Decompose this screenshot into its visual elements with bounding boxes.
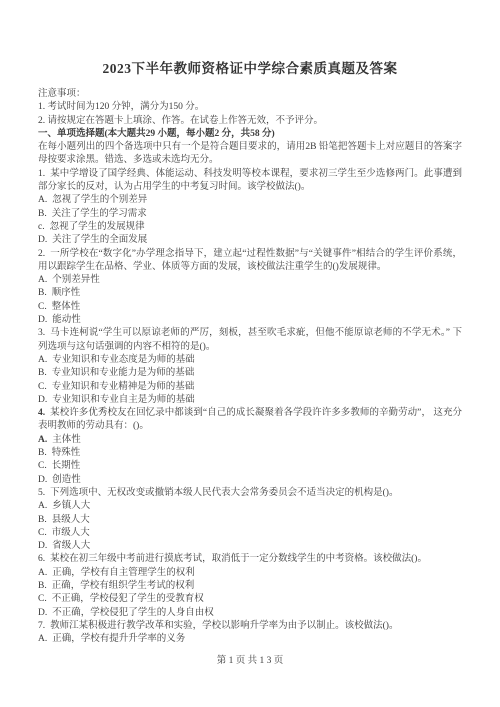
question-3-number: 3. — [38, 328, 45, 338]
option-text: 正确，学校有组织学生考试的权利 — [52, 581, 195, 591]
question-7-option-a: A.正确，学校有提升升学率的义务 — [38, 633, 462, 646]
question-6-text: 某校在初三年级中考前进行摸底考试，取消低于一定分数线学生的中考资格。该校做法()… — [50, 554, 427, 564]
option-letter: C. — [38, 461, 47, 471]
option-letter: D. — [38, 395, 47, 405]
option-text: 整体性 — [52, 302, 81, 312]
question-1-option-c: c.忽视了学生的发展规律 — [38, 221, 462, 234]
option-text: 主体性 — [52, 435, 81, 445]
option-letter: B. — [38, 581, 47, 591]
option-text: 个别差异性 — [52, 275, 100, 285]
option-letter: A. — [38, 435, 47, 445]
option-text: 忽视了学生的发展规律 — [50, 222, 145, 232]
question-2-stem: 2.一所学校在“数字化”办学理念指导下，建立起“过程性数据”与“关键事件”相结合… — [38, 248, 462, 275]
question-6-stem: 6.某校在初三年级中考前进行摸底考试，取消低于一定分数线学生的中考资格。该校做法… — [38, 553, 462, 566]
notice-item-1: 1. 考试时间为120 分钟，满分为150 分。 — [38, 101, 462, 114]
option-letter: C. — [38, 528, 47, 538]
question-1-option-d: D.关注了学生的全面发展 — [38, 234, 462, 247]
option-letter: B. — [38, 515, 47, 525]
option-text: 专业知识和专业态度是为师的基础 — [52, 355, 195, 365]
notice-item-2: 2. 请按规定在答题卡上填涂、作答。在试卷上作答无效，不予评分。 — [38, 115, 462, 128]
page-title: 2023下半年教师资格证中学综合素质真题及答案 — [0, 57, 500, 77]
question-5-option-c: C.市级人大 — [38, 527, 462, 540]
section-title: 一、单项选择题(本大题共29 小题，每小题2 分，共58 分) — [38, 128, 462, 141]
option-text: 市级人大 — [52, 528, 90, 538]
question-4-stem: 4.某校许多优秀校友在回忆录中都谈到“自己的成长凝聚着各学段许许多多教师的辛勤劳… — [38, 407, 462, 434]
question-6-option-c: C.不正确，学校侵犯了学生的受教育权 — [38, 593, 462, 606]
option-letter: A. — [38, 195, 47, 205]
option-text: 关注了学生的学习需求 — [52, 209, 147, 219]
question-3-stem: 3.马卡连柯说“学生可以原谅老师的严厉，刻板，甚至吹毛求疵，但他不能原谅老师的不… — [38, 327, 462, 354]
option-text: 长期性 — [52, 461, 81, 471]
option-text: 不正确，学校侵犯了学生的人身自由权 — [52, 608, 214, 618]
question-2-option-b: B.顺序性 — [38, 287, 462, 300]
section-description: 在每小题列出的四个备选项中只有一个是符合题目要求的，请用2B 铅笔把答题卡上对应… — [38, 141, 462, 168]
option-letter: D. — [38, 315, 47, 325]
option-text: 专业知识和专业能力是为师的基础 — [52, 368, 195, 378]
option-letter: B. — [38, 288, 47, 298]
option-text: 正确，学校有自主管理学生的权利 — [52, 568, 195, 578]
question-2-number: 2. — [38, 249, 45, 259]
question-1-option-b: B.关注了学生的学习需求 — [38, 208, 462, 221]
question-3-option-a: A.专业知识和专业态度是为师的基础 — [38, 354, 462, 367]
question-3-text: 马卡连柯说“学生可以原谅老师的严厉，刻板，甚至吹毛求疵，但他不能原谅老师的不学无… — [38, 328, 462, 351]
question-4-text: 某校许多优秀校友在回忆录中都谈到“自己的成长凝聚着各学段许许多多教师的辛勤劳动”… — [38, 408, 462, 431]
page-footer: 第 1 页 共 1 3 页 — [0, 652, 500, 666]
question-5-option-b: B.县级人大 — [38, 514, 462, 527]
option-letter: A. — [38, 275, 47, 285]
question-4-option-d: D.创造性 — [38, 474, 462, 487]
question-7-text: 教师江某积极进行教学改革和实验，学校以影响升学率为由予以制止。该校做法()。 — [50, 621, 398, 631]
option-letter: D. — [38, 235, 47, 245]
question-4-option-a: A.主体性 — [38, 434, 462, 447]
exam-document-page: 2023下半年教师资格证中学综合素质真题及答案 注意事项： 1. 考试时间为12… — [0, 0, 500, 707]
option-letter: D. — [38, 541, 47, 551]
question-5-stem: 5.下列选项中、无权改变或撤销本级人民代表大会常务委员会不适当决定的机构是()。 — [38, 487, 462, 500]
option-letter: B. — [38, 368, 47, 378]
option-text: 关注了学生的全面发展 — [52, 235, 147, 245]
option-letter: C. — [38, 594, 47, 604]
option-letter: D. — [38, 475, 47, 485]
question-7-number: 7. — [38, 621, 45, 631]
question-3-option-c: C.专业知识和专业精神是为师的基础 — [38, 381, 462, 394]
option-letter: C. — [38, 382, 47, 392]
option-text: 顺序性 — [52, 288, 81, 298]
question-6-option-b: B.正确，学校有组织学生考试的权利 — [38, 580, 462, 593]
question-3-option-d: D.专业知识和专业自主是为师的基础 — [38, 394, 462, 407]
option-letter: c. — [38, 222, 45, 232]
question-5-text: 下列选项中、无权改变或撤销本级人民代表大会常务委员会不适当决定的机构是()。 — [50, 488, 398, 498]
exam-content: 注意事项： 1. 考试时间为120 分钟，满分为150 分。 2. 请按规定在答… — [0, 88, 500, 646]
question-5-option-a: A.乡镇人大 — [38, 500, 462, 513]
question-5-option-d: D.省级人大 — [38, 540, 462, 553]
question-4-option-c: C.长期性 — [38, 460, 462, 473]
question-4-number: 4. — [38, 408, 45, 418]
option-text: 特殊性 — [52, 448, 81, 458]
option-letter: C. — [38, 302, 47, 312]
option-text: 忽视了学生的个别差异 — [52, 195, 147, 205]
option-text: 正确，学校有提升升学率的义务 — [52, 634, 185, 644]
question-1-stem: 1.某中学增设了国学经典、体能运动、科技发明等校本课程，要求初三学生至少选修两门… — [38, 168, 462, 195]
question-6-option-d: D.不正确，学校侵犯了学生的人身自由权 — [38, 607, 462, 620]
option-text: 乡镇人大 — [52, 501, 90, 511]
question-1-number: 1. — [38, 169, 45, 179]
question-1-option-a: A.忽视了学生的个别差异 — [38, 194, 462, 207]
notice-header: 注意事项： — [38, 88, 462, 101]
option-letter: A. — [38, 568, 47, 578]
option-text: 专业知识和专业自主是为师的基础 — [52, 395, 195, 405]
question-5-number: 5. — [38, 488, 45, 498]
option-text: 专业知识和专业精神是为师的基础 — [52, 382, 195, 392]
question-1-text: 某中学增设了国学经典、体能运动、科技发明等校本课程，要求初三学生至少选修两门。此… — [38, 169, 462, 192]
question-2-text: 一所学校在“数字化”办学理念指导下，建立起“过程性数据”与“关键事件”相结合的学… — [38, 249, 462, 272]
question-6-option-a: A.正确，学校有自主管理学生的权利 — [38, 567, 462, 580]
option-letter: A. — [38, 634, 47, 644]
option-text: 创造性 — [52, 475, 81, 485]
option-letter: B. — [38, 448, 47, 458]
question-4-option-b: B.特殊性 — [38, 447, 462, 460]
option-letter: A. — [38, 501, 47, 511]
question-2-option-c: C.整体性 — [38, 301, 462, 314]
option-letter: A. — [38, 355, 47, 365]
question-7-stem: 7.教师江某积极进行教学改革和实验，学校以影响升学率为由予以制止。该校做法()。 — [38, 620, 462, 633]
option-text: 不正确，学校侵犯了学生的受教育权 — [52, 594, 204, 604]
question-2-option-d: D.能动性 — [38, 314, 462, 327]
option-text: 能动性 — [52, 315, 81, 325]
option-text: 县级人大 — [52, 515, 90, 525]
question-6-number: 6. — [38, 554, 45, 564]
option-letter: D. — [38, 608, 47, 618]
question-3-option-b: B.专业知识和专业能力是为师的基础 — [38, 367, 462, 380]
question-2-option-a: A.个别差异性 — [38, 274, 462, 287]
option-text: 省级人大 — [52, 541, 90, 551]
option-letter: B. — [38, 209, 47, 219]
